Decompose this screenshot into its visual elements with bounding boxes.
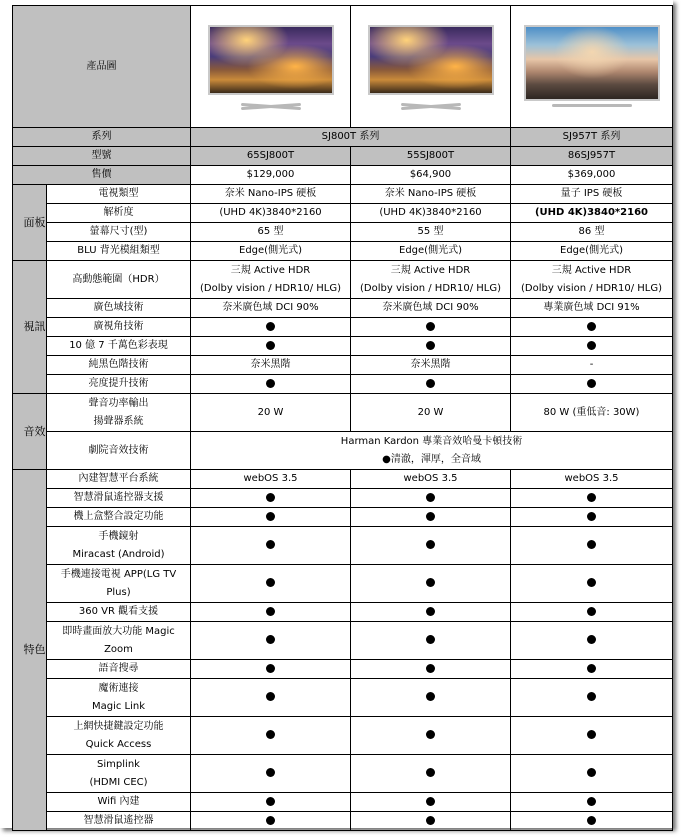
spec-row: 手機鏡射Miracast (Android) <box>13 527 673 565</box>
category-video: 視訊 <box>13 261 47 394</box>
supported-dot-icon <box>191 812 351 831</box>
spec-row: 即時畫面放大功能 MagicZoom <box>13 622 673 660</box>
supported-dot-icon <box>511 337 673 356</box>
product-image-header: 產品圖 <box>13 6 191 128</box>
spec-label: 內建智慧平台系統 <box>47 470 191 489</box>
spec-value: 86 型 <box>511 223 673 242</box>
spec-label: 即時畫面放大功能 MagicZoom <box>47 622 191 660</box>
spec-value: 55 型 <box>351 223 511 242</box>
supported-dot-icon <box>511 812 673 831</box>
spec-label: 電視類型 <box>47 185 191 204</box>
spec-row: 廣視角技術 <box>13 318 673 337</box>
spec-label: 手機連接電視 APP(LG TVPlus) <box>47 565 191 603</box>
supported-dot-icon <box>351 508 511 527</box>
spec-row: 360 VR 觀看支援 <box>13 603 673 622</box>
spec-row: 解析度 (UHD 4K)3840*2160 (UHD 4K)3840*2160 … <box>13 204 673 223</box>
spec-value: 奈米黑階 <box>351 356 511 375</box>
series-label: 系列 <box>13 128 191 147</box>
supported-dot-icon <box>511 793 673 812</box>
spec-row: 語音搜尋 <box>13 660 673 679</box>
supported-dot-icon <box>351 489 511 508</box>
spec-row: 音效 聲音功率輸出揚聲器系統 20 W 20 W 80 W (重低音: 30W) <box>13 394 673 432</box>
supported-dot-icon <box>351 755 511 793</box>
supported-dot-icon <box>351 717 511 755</box>
spec-value: webOS 3.5 <box>351 470 511 489</box>
tv-spec-comparison-table: 產品圖 <box>12 5 673 831</box>
spec-value: 量子 IPS 硬板 <box>511 185 673 204</box>
spec-value: webOS 3.5 <box>191 470 351 489</box>
supported-dot-icon <box>511 603 673 622</box>
spec-row: 上網快捷鍵設定功能Quick Access <box>13 717 673 755</box>
tv-skyline-image <box>524 19 660 114</box>
supported-dot-icon <box>511 527 673 565</box>
spec-row: Simplink(HDMI CEC) <box>13 755 673 793</box>
document-frame: 產品圖 <box>0 0 673 828</box>
supported-dot-icon <box>511 717 673 755</box>
spec-label: 廣色域技術 <box>47 299 191 318</box>
spec-label: 語音搜尋 <box>47 660 191 679</box>
supported-dot-icon <box>351 603 511 622</box>
spec-value: 奈米黑階 <box>191 356 351 375</box>
spec-row: 魔術連接Magic Link <box>13 679 673 717</box>
model-label: 型號 <box>13 147 191 166</box>
series-name: SJ800T 系列 <box>191 128 511 147</box>
price-value: $64,900 <box>351 166 511 185</box>
supported-dot-icon <box>511 318 673 337</box>
supported-dot-icon <box>351 812 511 831</box>
spec-value: 20 W <box>191 394 351 432</box>
series-name: SJ957T 系列 <box>511 128 673 147</box>
spec-row: 廣色域技術 奈米廣色域 DCI 90% 奈米廣色域 DCI 90% 專業廣色域 … <box>13 299 673 318</box>
supported-dot-icon <box>511 660 673 679</box>
supported-dot-icon <box>191 489 351 508</box>
spec-value: (UHD 4K)3840*2160 <box>511 204 673 223</box>
spec-label: 上網快捷鍵設定功能Quick Access <box>47 717 191 755</box>
supported-dot-icon <box>191 375 351 394</box>
spec-value: 三規 Active HDR(Dolby vision / HDR10/ HLG) <box>351 261 511 299</box>
spec-value: 三規 Active HDR(Dolby vision / HDR10/ HLG) <box>511 261 673 299</box>
supported-dot-icon <box>351 337 511 356</box>
category-features: 特色 <box>13 470 47 831</box>
spec-label: 聲音功率輸出揚聲器系統 <box>47 394 191 432</box>
spec-label: 10 億 7 千萬色彩表現 <box>47 337 191 356</box>
spec-row: 10 億 7 千萬色彩表現 <box>13 337 673 356</box>
supported-dot-icon <box>511 508 673 527</box>
spec-label: Wifi 內建 <box>47 793 191 812</box>
spec-label: 劇院音效技術 <box>47 432 191 470</box>
spec-label: 手機鏡射Miracast (Android) <box>47 527 191 565</box>
supported-dot-icon <box>351 679 511 717</box>
spec-row: 純黑色階技術 奈米黑階 奈米黑階 - <box>13 356 673 375</box>
spec-label: Simplink(HDMI CEC) <box>47 755 191 793</box>
supported-dot-icon <box>351 660 511 679</box>
supported-dot-icon <box>511 622 673 660</box>
spec-row: 螢幕尺寸(型) 65 型 55 型 86 型 <box>13 223 673 242</box>
price-value: $369,000 <box>511 166 673 185</box>
tv-night-city-image <box>366 19 496 114</box>
spec-label: 智慧滑鼠遙控器支援 <box>47 489 191 508</box>
supported-dot-icon <box>191 717 351 755</box>
spec-value: 65 型 <box>191 223 351 242</box>
model-row: 型號 65SJ800T 55SJ800T 86SJ957T <box>13 147 673 166</box>
supported-dot-icon <box>191 318 351 337</box>
model-value: 65SJ800T <box>191 147 351 166</box>
spec-value-merged: Harman Kardon 專業音效哈曼卡頓技術●清澈，渾厚，全音域 <box>191 432 673 470</box>
product-image-row: 產品圖 <box>13 6 673 128</box>
product-image-cell <box>511 6 673 128</box>
spec-row: 視訊 高動態範圍（HDR） 三規 Active HDR(Dolby vision… <box>13 261 673 299</box>
spec-label: 魔術連接Magic Link <box>47 679 191 717</box>
supported-dot-icon <box>511 489 673 508</box>
spec-row: 面板 電視類型 奈米 Nano-IPS 硬板 奈米 Nano-IPS 硬板 量子… <box>13 185 673 204</box>
spec-value: Edge(側光式) <box>511 242 673 261</box>
spec-value: 奈米 Nano-IPS 硬板 <box>191 185 351 204</box>
spec-label: 螢幕尺寸(型) <box>47 223 191 242</box>
product-image-cell <box>191 6 351 128</box>
supported-dot-icon <box>351 318 511 337</box>
spec-value: 20 W <box>351 394 511 432</box>
supported-dot-icon <box>191 660 351 679</box>
spec-label: 亮度提升技術 <box>47 375 191 394</box>
supported-dot-icon <box>191 337 351 356</box>
spec-row: 機上盒整合設定功能 <box>13 508 673 527</box>
supported-dot-icon <box>191 527 351 565</box>
spec-row: 智慧滑鼠遙控器支援 <box>13 489 673 508</box>
spec-value: webOS 3.5 <box>511 470 673 489</box>
supported-dot-icon <box>351 622 511 660</box>
spec-value: 三規 Active HDR(Dolby vision / HDR10/ HLG) <box>191 261 351 299</box>
supported-dot-icon <box>191 508 351 527</box>
supported-dot-icon <box>191 793 351 812</box>
spec-row: 特色 內建智慧平台系統 webOS 3.5 webOS 3.5 webOS 3.… <box>13 470 673 489</box>
price-label: 售價 <box>13 166 191 185</box>
spec-value: Edge(側光式) <box>191 242 351 261</box>
supported-dot-icon <box>351 793 511 812</box>
supported-dot-icon <box>511 679 673 717</box>
supported-dot-icon <box>511 755 673 793</box>
category-panel: 面板 <box>13 185 47 261</box>
spec-value: 80 W (重低音: 30W) <box>511 394 673 432</box>
spec-value: 奈米廣色域 DCI 90% <box>191 299 351 318</box>
supported-dot-icon <box>191 622 351 660</box>
spec-value: 奈米廣色域 DCI 90% <box>351 299 511 318</box>
supported-dot-icon <box>511 375 673 394</box>
supported-dot-icon <box>351 565 511 603</box>
supported-dot-icon <box>351 527 511 565</box>
supported-dot-icon <box>191 755 351 793</box>
spec-label: 360 VR 觀看支援 <box>47 603 191 622</box>
series-row: 系列 SJ800T 系列 SJ957T 系列 <box>13 128 673 147</box>
spec-value: - <box>511 356 673 375</box>
spec-label: 智慧滑鼠遙控器 <box>47 812 191 831</box>
spec-label: 解析度 <box>47 204 191 223</box>
supported-dot-icon <box>191 565 351 603</box>
spec-label: 廣視角技術 <box>47 318 191 337</box>
supported-dot-icon <box>511 565 673 603</box>
spec-value: Edge(側光式) <box>351 242 511 261</box>
supported-dot-icon <box>191 679 351 717</box>
spec-row: BLU 背光模組類型 Edge(側光式) Edge(側光式) Edge(側光式) <box>13 242 673 261</box>
category-audio: 音效 <box>13 394 47 470</box>
spec-label: 高動態範圍（HDR） <box>47 261 191 299</box>
spec-value: (UHD 4K)3840*2160 <box>351 204 511 223</box>
price-row: 售價 $129,000 $64,900 $369,000 <box>13 166 673 185</box>
spec-value: 奈米 Nano-IPS 硬板 <box>351 185 511 204</box>
spec-label: BLU 背光模組類型 <box>47 242 191 261</box>
product-image-cell <box>351 6 511 128</box>
spec-row: 亮度提升技術 <box>13 375 673 394</box>
spec-label: 純黑色階技術 <box>47 356 191 375</box>
spec-value: (UHD 4K)3840*2160 <box>191 204 351 223</box>
supported-dot-icon <box>351 375 511 394</box>
model-value: 55SJ800T <box>351 147 511 166</box>
supported-dot-icon <box>191 603 351 622</box>
spec-row: Wifi 內建 <box>13 793 673 812</box>
model-value: 86SJ957T <box>511 147 673 166</box>
spec-value: 專業廣色域 DCI 91% <box>511 299 673 318</box>
tv-night-city-image <box>206 19 336 114</box>
spec-row: 劇院音效技術 Harman Kardon 專業音效哈曼卡頓技術●清澈，渾厚，全音… <box>13 432 673 470</box>
spec-row: 手機連接電視 APP(LG TVPlus) <box>13 565 673 603</box>
price-value: $129,000 <box>191 166 351 185</box>
spec-row: 智慧滑鼠遙控器 <box>13 812 673 831</box>
spec-label: 機上盒整合設定功能 <box>47 508 191 527</box>
